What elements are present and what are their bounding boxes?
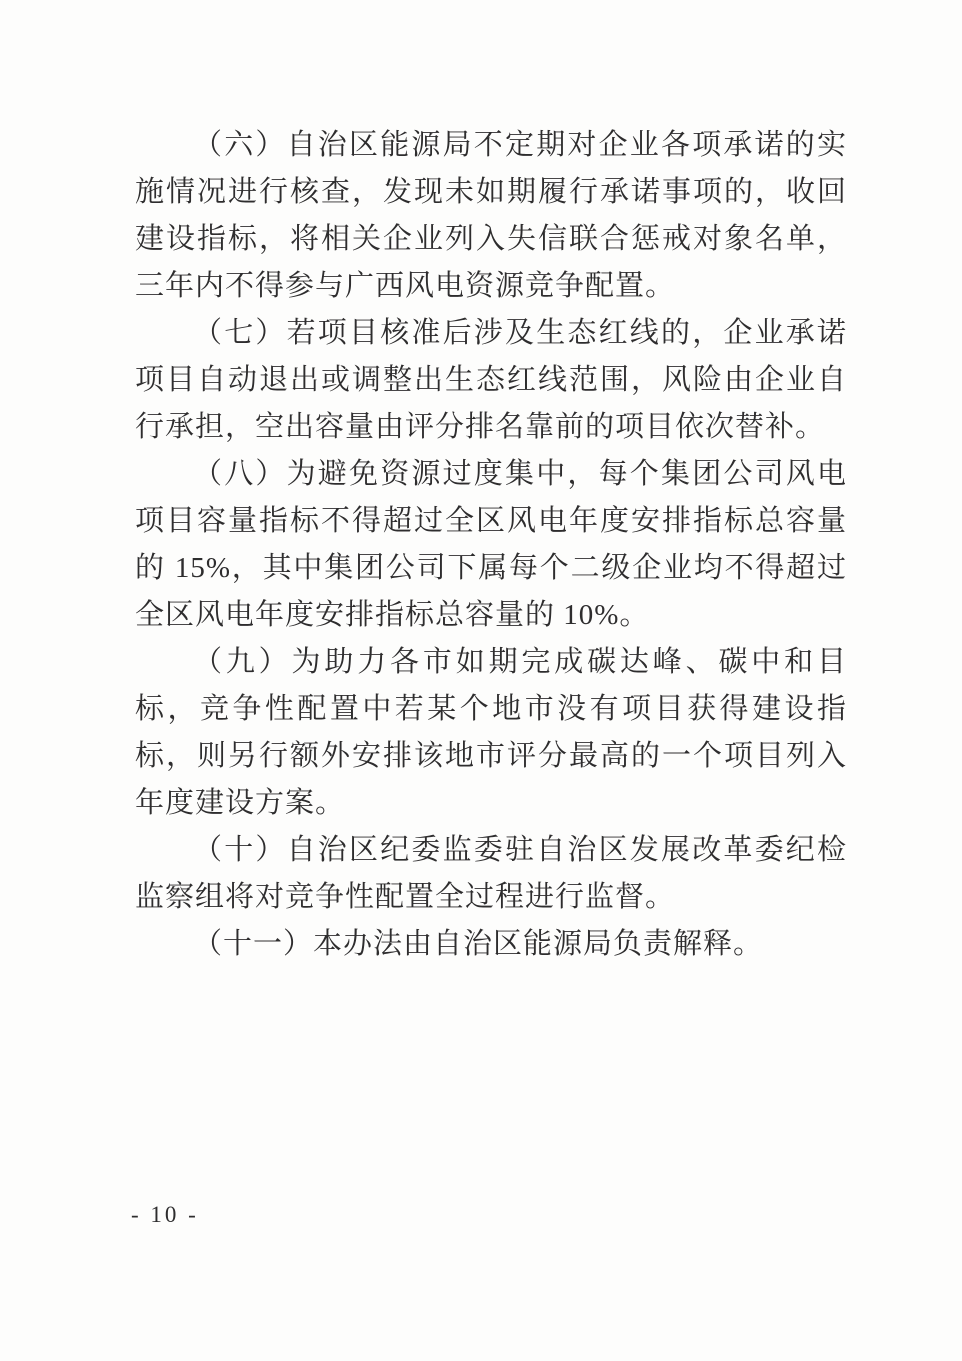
paragraph-item-7: （七）若项目核准后涉及生态红线的，企业承诺项目自动退出或调整出生态红线范围，风险… [135,310,847,451]
paragraph-item-11: （十一）本办法由自治区能源局负责解释。 [135,921,847,968]
document-page: （六）自治区能源局不定期对企业各项承诺的实施情况进行核查，发现未如期履行承诺事项… [0,0,962,1361]
paragraph-item-10: （十）自治区纪委监委驻自治区发展改革委纪检监察组将对竞争性配置全过程进行监督。 [135,827,847,921]
document-body: （六）自治区能源局不定期对企业各项承诺的实施情况进行核查，发现未如期履行承诺事项… [135,122,847,968]
paragraph-item-8: （八）为避免资源过度集中，每个集团公司风电项目容量指标不得超过全区风电年度安排指… [135,451,847,639]
paragraph-item-9: （九）为助力各市如期完成碳达峰、碳中和目标，竞争性配置中若某个地市没有项目获得建… [135,639,847,827]
page-number: - 10 - [131,1202,199,1228]
paragraph-item-6: （六）自治区能源局不定期对企业各项承诺的实施情况进行核查，发现未如期履行承诺事项… [135,122,847,310]
